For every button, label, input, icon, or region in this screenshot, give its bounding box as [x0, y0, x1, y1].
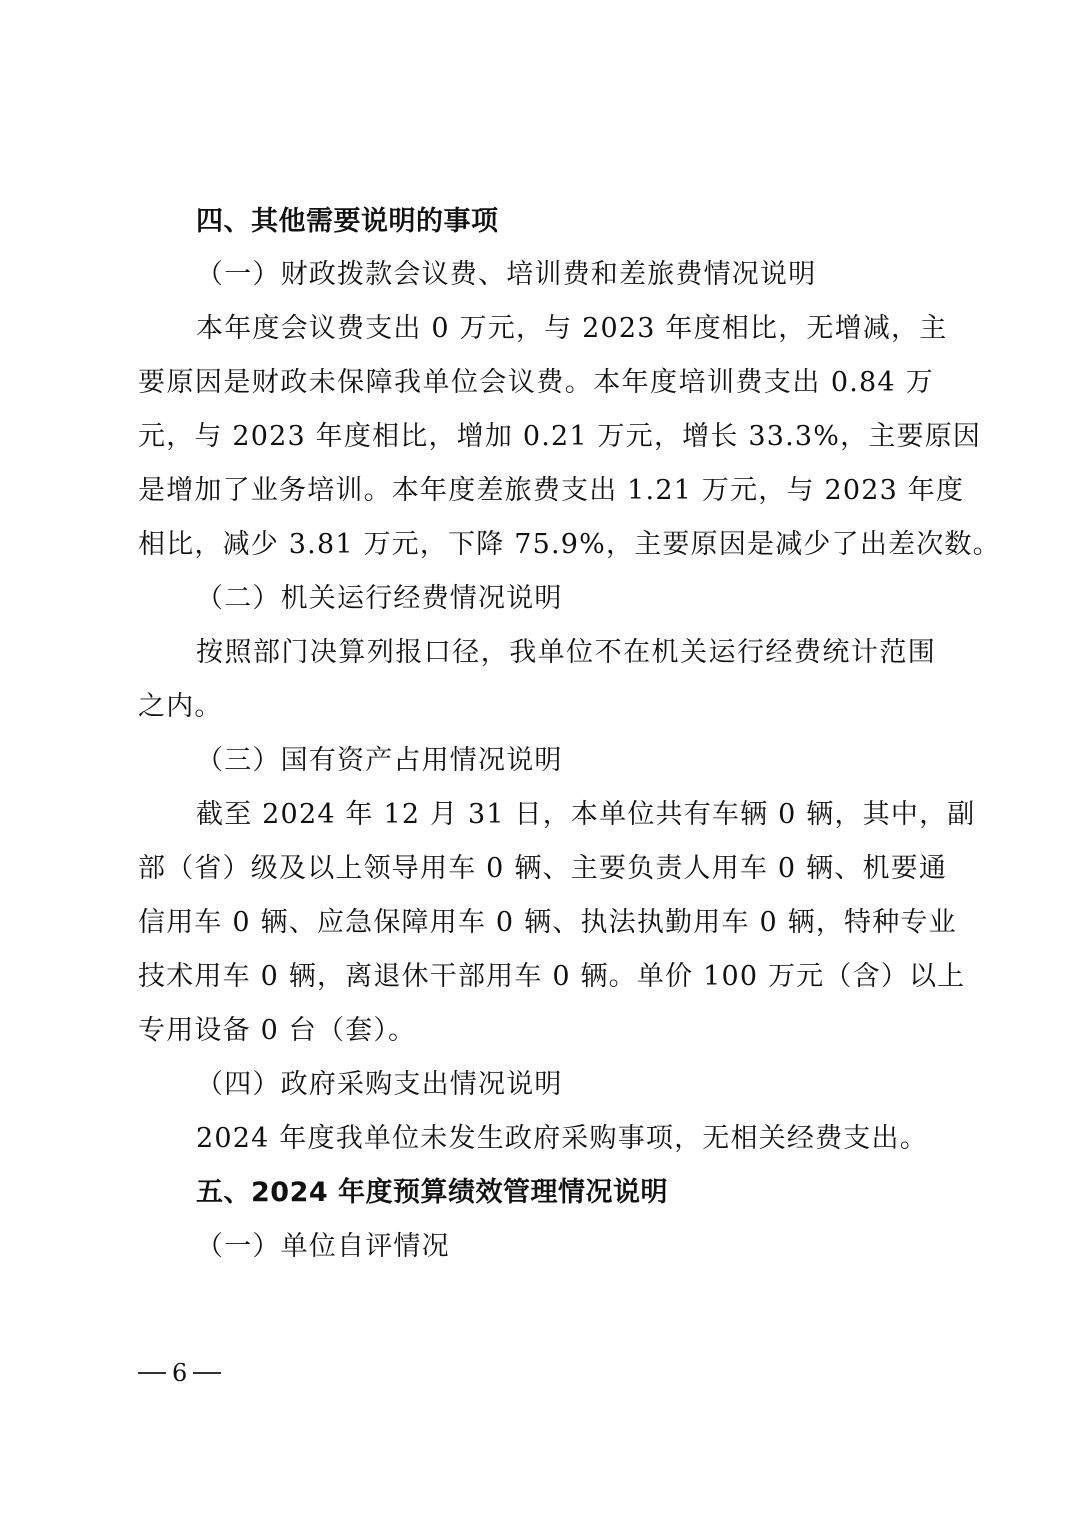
subsection-heading-4-4: （四）政府采购支出情况说明 — [196, 1068, 563, 1102]
paragraph-line: 相比，减少 3.81 万元，下降 75.9%，主要原因是减少了出差次数。 — [138, 528, 934, 562]
subsection-heading-4-2: （二）机关运行经费情况说明 — [196, 582, 563, 616]
subsection-heading-4-3: （三）国有资产占用情况说明 — [196, 744, 563, 778]
paragraph-line: 技术用车 0 辆，离退休干部用车 0 辆。单价 100 万元（含）以上 — [138, 960, 934, 994]
paragraph-line: 之内。 — [138, 690, 223, 724]
footer-dash-left — [138, 1372, 166, 1374]
paragraph-line: 专用设备 0 台（套）。 — [138, 1014, 416, 1048]
paragraph-line: 元，与 2023 年度相比，增加 0.21 万元，增长 33.3%，主要原因 — [138, 420, 934, 454]
section-heading-5: 五、2024 年度预算绩效管理情况说明 — [196, 1176, 668, 1210]
paragraph-line: 截至 2024 年 12 月 31 日，本单位共有车辆 0 辆，其中，副 — [196, 798, 936, 832]
paragraph-line: 2024 年度我单位未发生政府采购事项，无相关经费支出。 — [196, 1122, 928, 1156]
paragraph-line: 按照部门决算列报口径，我单位不在机关运行经费统计范围 — [196, 636, 936, 670]
section-heading-4: 四、其他需要说明的事项 — [196, 205, 499, 239]
document-page: 四、其他需要说明的事项 （一）财政拨款会议费、培训费和差旅费情况说明 本年度会议… — [0, 0, 1074, 1520]
subsection-heading-4-1: （一）财政拨款会议费、培训费和差旅费情况说明 — [196, 258, 816, 292]
paragraph-line: 信用车 0 辆、应急保障用车 0 辆、执法执勤用车 0 辆，特种专业 — [138, 906, 934, 940]
subsection-heading-5-1: （一）单位自评情况 — [196, 1230, 450, 1264]
paragraph-line: 要原因是财政未保障我单位会议费。本年度培训费支出 0.84 万 — [138, 366, 934, 400]
page-number: 6 — [172, 1358, 187, 1388]
footer-dash-right — [193, 1372, 221, 1374]
paragraph-line: 是增加了业务培训。本年度差旅费支出 1.21 万元，与 2023 年度 — [138, 474, 934, 508]
paragraph-line: 部（省）级及以上领导用车 0 辆、主要负责人用车 0 辆、机要通 — [138, 852, 934, 886]
paragraph-line: 本年度会议费支出 0 万元，与 2023 年度相比，无增减，主 — [196, 312, 936, 346]
page-footer: 6 — [138, 1358, 221, 1388]
